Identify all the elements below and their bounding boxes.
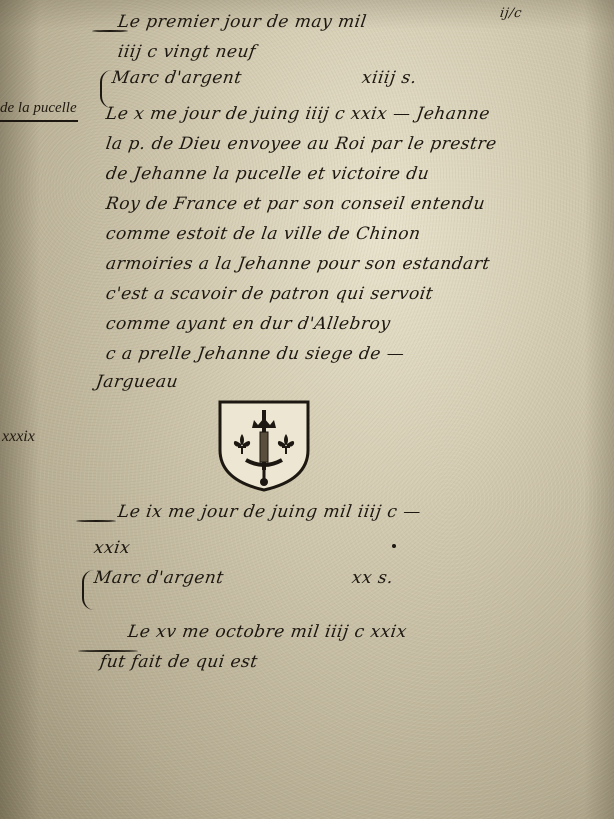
ink-mark: [392, 544, 396, 548]
coat-of-arms-icon: [216, 398, 312, 494]
entry-2-line-1: Le x me jour de juing iiij c xxix — Jeha…: [105, 104, 492, 124]
manuscript-page: ij/c Le premier jour de may mil iiij c v…: [0, 0, 614, 819]
entry-2-line-10: Jargueau: [95, 372, 180, 392]
entry-bracket: [82, 570, 94, 610]
entry-1-account-label: Marc d'argent: [111, 68, 243, 88]
margin-underline: [0, 120, 78, 122]
entry-2-line-9: c a prelle Jehanne du siege de —: [105, 344, 406, 364]
entry-4-account-amount: xx s.: [351, 568, 395, 588]
entry-1-account-amount: xiiij s.: [361, 68, 419, 88]
entry-2-line-7: c'est a scavoir de patron qui servoit: [105, 284, 435, 304]
entry-2-line-3: de Jehanne la pucelle et victoire du: [105, 164, 431, 184]
entry-flourish: [76, 520, 116, 522]
entry-2-line-6: armoiries a la Jehanne pour son estandar…: [105, 254, 492, 274]
entry-5-line-1: Le xv me octobre mil iiij c xxix: [127, 622, 409, 642]
entry-2-line-5: comme estoit de la ville de Chinon: [105, 224, 422, 244]
entry-4-line-2: xxix: [93, 538, 132, 558]
page-number-mark: ij/c: [499, 6, 523, 21]
entry-2-line-4: Roy de France et par son conseil entendu: [105, 194, 487, 214]
margin-note-number: xxxix: [2, 428, 35, 446]
margin-note-pucelle: de la pucelle: [0, 100, 77, 117]
entry-1-line-1: Le premier jour de may mil: [117, 12, 368, 32]
entry-4-account-label: Marc d'argent: [93, 568, 225, 588]
entry-5-line-2: fut fait de qui est: [99, 652, 260, 672]
entry-2-line-8: comme ayant en dur d'Allebroy: [105, 314, 392, 334]
entry-2-line-2: la p. de Dieu envoyee au Roi par le pres…: [105, 134, 498, 154]
entry-4-line-1: Le ix me jour de juing mil iiij c —: [117, 502, 423, 522]
entry-bracket: [100, 70, 112, 108]
entry-1-line-2: iiij c vingt neuf: [117, 42, 258, 62]
